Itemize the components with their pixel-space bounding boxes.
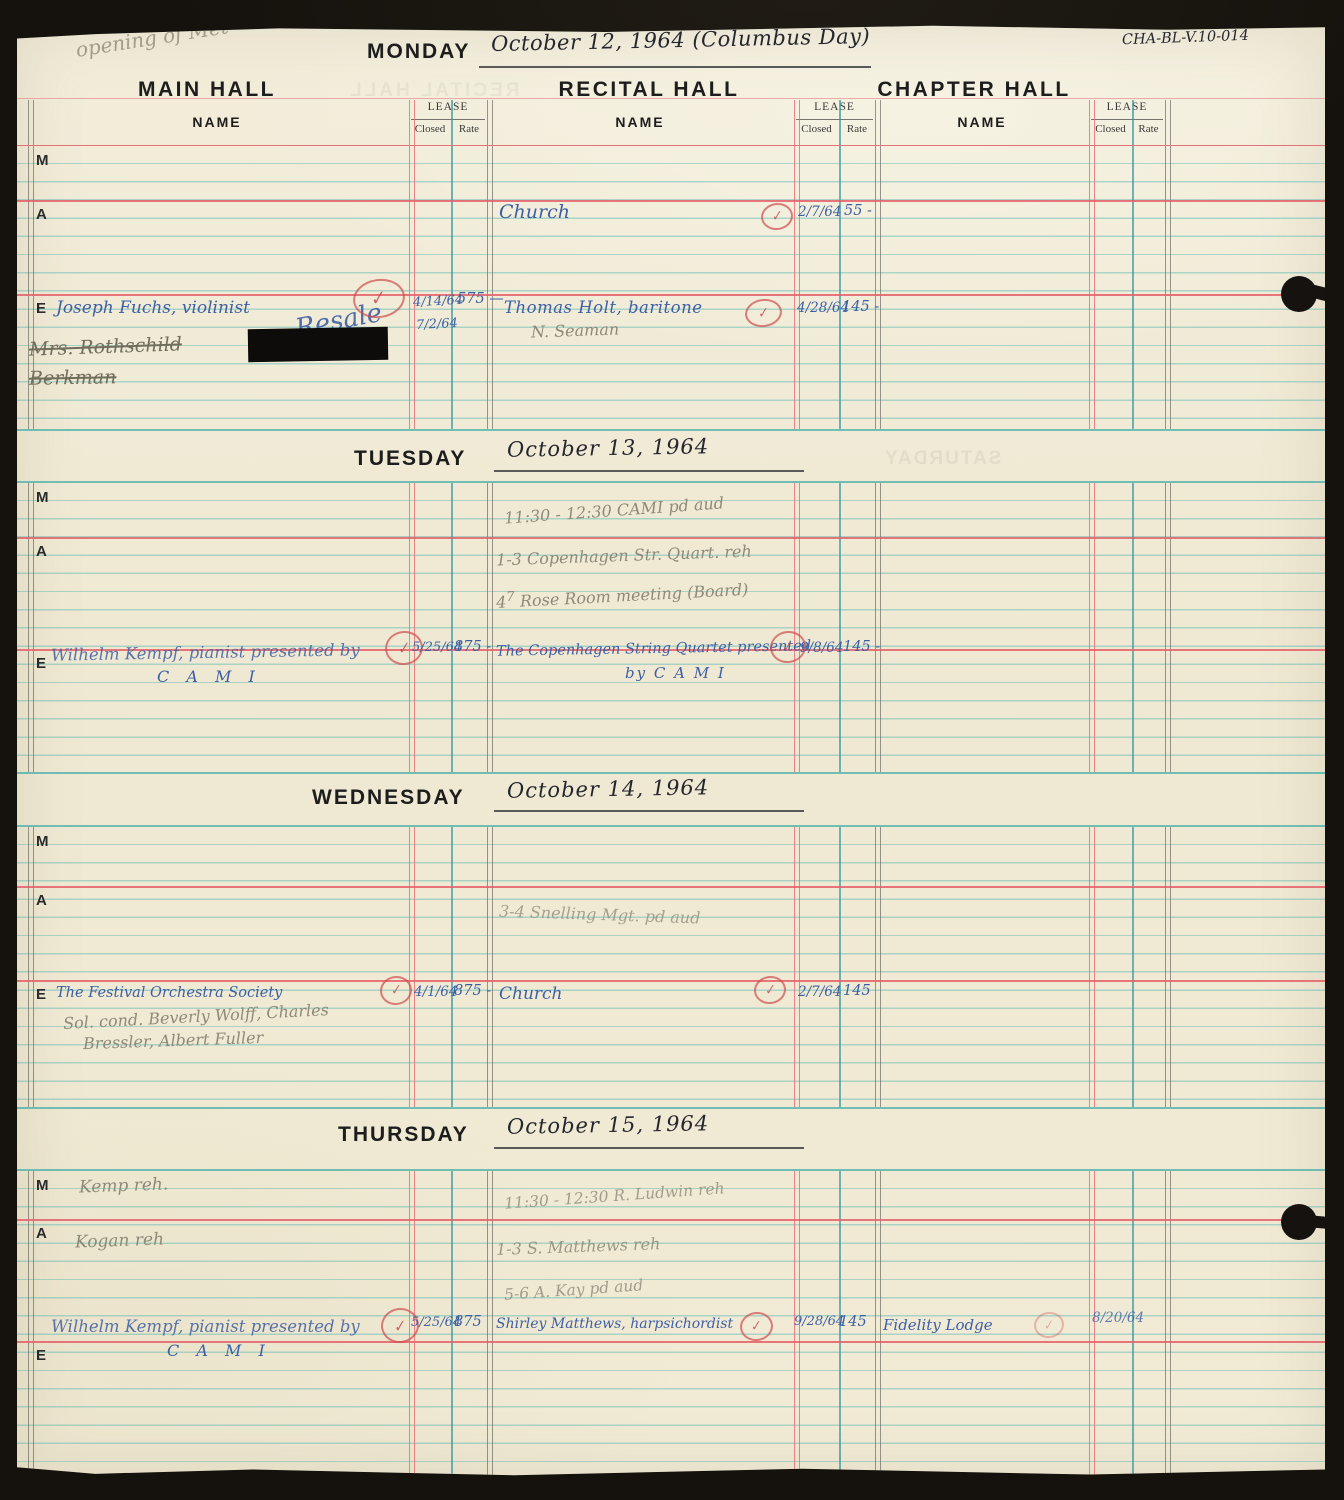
lease-underline <box>1091 119 1163 120</box>
row-label: A <box>36 543 47 560</box>
lease-closed-date2: 7/2/64 <box>416 316 459 333</box>
row-rule <box>17 537 1325 539</box>
lease-rate: 145 - <box>843 639 880 655</box>
lease-closed-date: 9/28/64 <box>794 1314 844 1329</box>
day-title-thursday: THURSDAY <box>338 1123 469 1147</box>
column-rule <box>1089 100 1095 145</box>
schedule-note: Kogan reh <box>75 1229 165 1252</box>
closed-column-label: Closed <box>794 123 839 135</box>
lease-rate: 875 - <box>454 639 491 655</box>
lease-closed-date: 2/7/64 <box>798 204 841 220</box>
column-rule <box>487 100 493 145</box>
column-rule <box>794 146 800 429</box>
booking-name: Church <box>499 984 563 1004</box>
column-rule <box>875 483 881 772</box>
date-underline <box>494 1147 804 1149</box>
name-column-label: NAME <box>137 114 297 130</box>
booking-name-line2: by C A M I <box>625 664 726 682</box>
booking-name: Joseph Fuchs, violinist <box>56 298 250 318</box>
booking-name-line2: C A M I <box>167 1341 271 1360</box>
booking-name: Thomas Holt, baritone <box>504 298 703 317</box>
binder-clip <box>1305 1215 1332 1229</box>
date-wednesday: October 14, 1964 <box>507 775 710 803</box>
bleedthrough-text: SATURDAY <box>883 448 1001 470</box>
lease-rate: 145 <box>839 1314 867 1330</box>
ledger-day-grid: MAE <box>17 481 1325 774</box>
lease-closed-date: 4/1/64 <box>414 984 457 1000</box>
booking-name: Shirley Matthews, harpsichordist <box>496 1316 733 1332</box>
column-rule <box>487 146 493 429</box>
date-tuesday: October 13, 1964 <box>507 434 710 462</box>
schedule-note: Kemp reh. <box>79 1174 169 1197</box>
column-rule <box>794 100 800 145</box>
lease-underline <box>411 119 485 120</box>
column-rule <box>409 100 415 145</box>
day-title-tuesday: TUESDAY <box>354 447 466 471</box>
lease-rate: 145 <box>843 983 871 999</box>
column-rule <box>1132 146 1134 429</box>
column-rule <box>451 827 453 1107</box>
lease-closed-date: 8/20/64 <box>1092 1310 1144 1326</box>
lease-column-label: LEASE <box>409 101 487 113</box>
row-label: E <box>36 655 46 672</box>
booking-name: Fidelity Lodge <box>883 1316 993 1334</box>
column-rule <box>28 827 34 1107</box>
column-rule <box>1165 483 1171 772</box>
date-monday: October 12, 1964 (Columbus Day) <box>491 24 871 56</box>
booking-subnote: N. Seaman <box>531 319 620 341</box>
time-superscript: 7 <box>506 590 515 605</box>
column-rule <box>409 827 415 1107</box>
lease-column-label: LEASE <box>794 101 875 113</box>
name-column-label: NAME <box>560 114 720 130</box>
column-rule <box>1089 483 1095 772</box>
column-rule <box>875 827 881 1107</box>
redaction-box <box>248 327 389 362</box>
column-rule <box>451 146 453 429</box>
column-rule <box>451 483 453 772</box>
row-label: A <box>36 1225 47 1242</box>
row-label: A <box>36 892 47 909</box>
column-rule <box>487 483 493 772</box>
date-underline <box>494 470 804 472</box>
row-label: M <box>36 1177 49 1194</box>
row-rule <box>17 294 1325 296</box>
booking-name: The Festival Orchestra Society <box>56 985 282 1001</box>
lease-closed-date: 4/14/64 <box>413 293 464 311</box>
lease-rate: 575 — <box>457 291 504 307</box>
rate-column-label: Rate <box>1132 123 1165 135</box>
ledger-day-grid: MAE <box>17 825 1325 1109</box>
lease-rate: 55 - <box>844 203 872 219</box>
column-rule <box>28 1171 34 1477</box>
ledger-paper: MAEMAEMAEMAE RECITAL HALL SATURDAY openi… <box>17 24 1325 1476</box>
lease-closed-date: 9/8/64 <box>800 640 843 656</box>
day-title-monday: MONDAY <box>367 40 470 64</box>
column-rule <box>1089 827 1095 1107</box>
row-label: E <box>36 986 46 1003</box>
row-label: E <box>36 300 46 317</box>
corner-note: opening of Met <box>74 14 230 62</box>
booking-name-line2: C A M I <box>157 667 261 686</box>
lease-rate: 145 - <box>842 299 879 315</box>
column-rule <box>28 100 34 145</box>
column-rule <box>28 483 34 772</box>
column-rule <box>1165 100 1171 145</box>
date-underline <box>494 810 804 812</box>
catalog-number: CHA-BL-V.10-014 <box>1122 28 1249 48</box>
row-rule <box>17 980 1325 982</box>
column-rule <box>1132 827 1134 1107</box>
day-title-wednesday: WEDNESDAY <box>312 786 465 810</box>
rate-column-label: Rate <box>451 123 487 135</box>
row-label: A <box>36 206 47 223</box>
row-rule <box>17 200 1325 202</box>
column-rule <box>794 827 800 1107</box>
lease-column-label: LEASE <box>1089 101 1165 113</box>
column-rule <box>839 827 841 1107</box>
row-label: M <box>36 489 49 506</box>
column-rule <box>1132 100 1134 145</box>
column-rule <box>839 146 841 429</box>
column-rule <box>839 483 841 772</box>
name-column-label: NAME <box>902 114 1062 130</box>
row-label: M <box>36 152 49 169</box>
lease-rate: 875 - <box>454 983 491 999</box>
closed-column-label: Closed <box>1089 123 1132 135</box>
lease-rate: 875 <box>454 1314 482 1330</box>
row-label: M <box>36 833 49 850</box>
column-rule <box>1165 827 1171 1107</box>
ledger-day-grid: MAE <box>17 145 1325 431</box>
column-rule <box>487 827 493 1107</box>
column-rule <box>1089 146 1095 429</box>
column-rule <box>487 1171 493 1477</box>
booking-name: Wilhelm Kempf, pianist presented by <box>51 1317 360 1336</box>
column-rule <box>794 483 800 772</box>
column-rule <box>409 483 415 772</box>
column-rule <box>839 100 841 145</box>
rate-column-label: Rate <box>839 123 875 135</box>
column-rule <box>875 100 881 145</box>
row-rule <box>17 1219 1325 1221</box>
lease-closed-date: 2/7/64 <box>798 984 841 1000</box>
column-rule <box>1165 1171 1171 1477</box>
column-rule <box>1132 483 1134 772</box>
lease-underline <box>796 119 873 120</box>
crossed-out-name: Berkman <box>29 366 117 390</box>
column-rule <box>409 146 415 429</box>
booking-name: Church <box>499 201 570 223</box>
row-label: E <box>36 1347 46 1364</box>
column-rule <box>451 100 453 145</box>
date-thursday: October 15, 1964 <box>507 1111 710 1139</box>
row-rule <box>17 886 1325 888</box>
column-rule <box>1165 146 1171 429</box>
closed-column-label: Closed <box>409 123 451 135</box>
date-underline <box>479 66 871 68</box>
column-header-band: NAME NAME NAME LEASE LEASE LEASE Closed … <box>17 100 1325 145</box>
column-rule <box>875 1171 881 1477</box>
column-rule <box>875 146 881 429</box>
scanned-ledger-page: MAEMAEMAEMAE RECITAL HALL SATURDAY openi… <box>0 0 1344 1500</box>
